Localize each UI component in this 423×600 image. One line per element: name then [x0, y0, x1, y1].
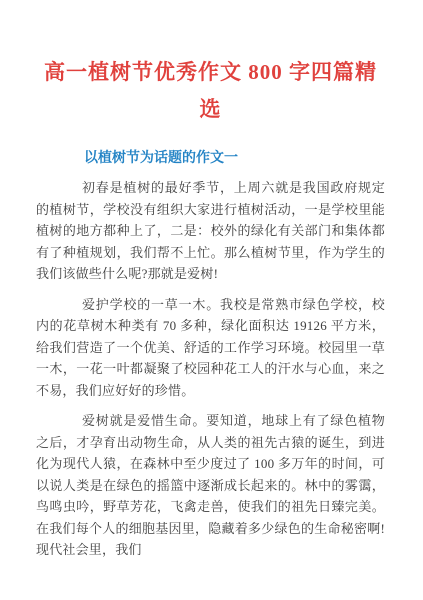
document-title-line2: 选: [200, 97, 222, 121]
essay-paragraph-3: 爱树就是爱惜生命。要知道，地球上有了绿色植物之后，才孕育出动物生命，从人类的祖先…: [36, 410, 385, 561]
document-title: 高一植树节优秀作文 800 字四篇精选: [36, 54, 385, 128]
essay-paragraph-1: 初春是植树的最好季节，上周六就是我国政府规定的植树节，学校没有组织大家进行植树活…: [36, 177, 385, 285]
document-title-line1: 高一植树节优秀作文 800 字四篇精: [44, 60, 377, 84]
essay-section-heading: 以植树节为话题的作文一: [36, 149, 385, 169]
essay-paragraph-2: 爱护学校的一草一木。我校是常熟市绿色学校，校内的花草树木种类有 70 多种，绿化…: [36, 294, 385, 402]
document-page: 高一植树节优秀作文 800 字四篇精选 以植树节为话题的作文一 初春是植树的最好…: [0, 0, 423, 600]
